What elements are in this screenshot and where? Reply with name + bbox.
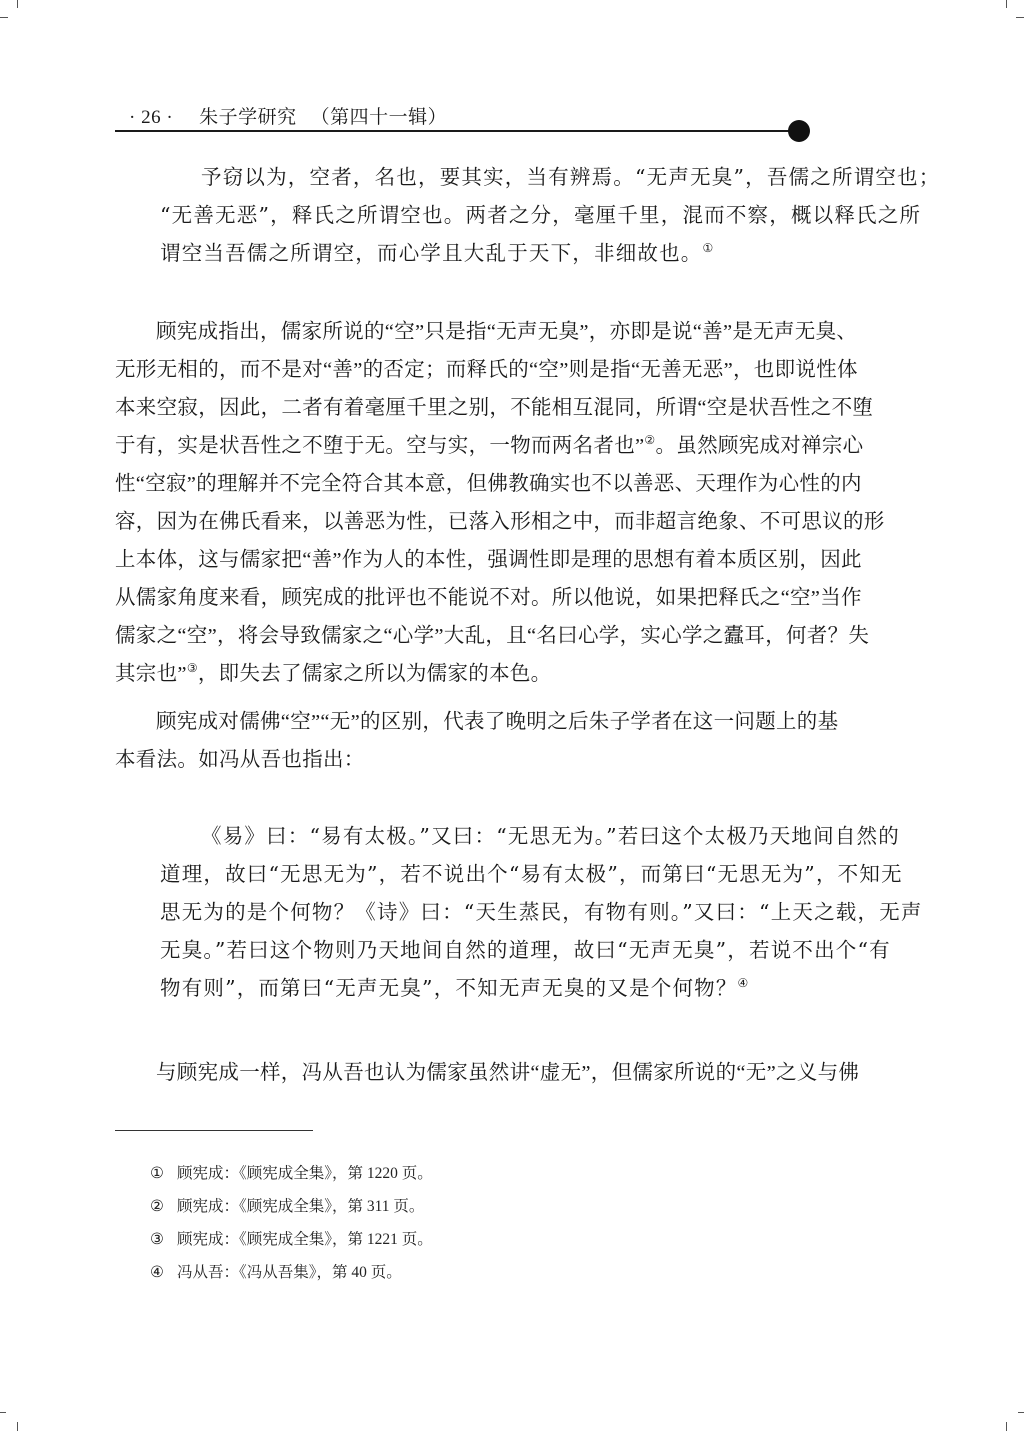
body-line: 于有，实是状吾性之不堕于无。空与实，一物而两名者也”②。虽然顾宪成对禅宗心 bbox=[115, 427, 910, 465]
crop-mark-bl-v bbox=[17, 1422, 18, 1431]
paragraph-2: 顾宪成对儒佛“空”“无”的区别，代表了晚明之后朱子学者在这一问题上的基 本看法。… bbox=[115, 703, 910, 779]
body-line: 容，因为在佛氏看来，以善恶为性，已落入形相之中，而非超言绝象、不可思议的形 bbox=[115, 503, 910, 541]
footnote-mark: ① bbox=[150, 1157, 177, 1190]
footnotes: ①顾宪成：《顾宪成全集》，第 1220 页。 ②顾宪成：《顾宪成全集》，第 31… bbox=[150, 1157, 433, 1289]
header-rule bbox=[115, 130, 793, 132]
footnote-mark: ② bbox=[150, 1190, 177, 1223]
body-line: 其宗也”③，即失去了儒家之所以为儒家的本色。 bbox=[115, 655, 910, 693]
body-line: 与顾宪成一样，冯从吾也认为儒家虽然讲“虚无”，但儒家所说的“无”之义与佛 bbox=[115, 1054, 910, 1092]
body-line: 本来空寂，因此，二者有着毫厘千里之别，不能相互混同，所谓“空是状吾性之不堕 bbox=[115, 389, 910, 427]
journal-title: 朱子学研究 bbox=[199, 107, 297, 128]
footnote-ref-2[interactable]: ② bbox=[644, 433, 655, 447]
body-line: 顾宪成指出，儒家所说的“空”只是指“无声无臭”，亦即是说“善”是无声无臭、 bbox=[115, 313, 910, 351]
body-line-text: 其宗也” bbox=[115, 663, 187, 685]
footnote-mark: ④ bbox=[150, 1256, 177, 1289]
body-line: 无形无相的，而不是对“善”的否定；而释氏的“空”则是指“无善无恶”，也即说性体 bbox=[115, 351, 910, 389]
footnote-mark: ③ bbox=[150, 1223, 177, 1256]
footnote-ref-1[interactable]: ① bbox=[703, 241, 715, 255]
footnote-item: ①顾宪成：《顾宪成全集》，第 1220 页。 bbox=[150, 1157, 433, 1190]
crop-mark-br-v bbox=[1006, 1422, 1007, 1431]
footnote-rule bbox=[115, 1130, 313, 1131]
crop-mark-bl-h bbox=[0, 1412, 6, 1413]
body-line: 顾宪成对儒佛“空”“无”的区别，代表了晚明之后朱子学者在这一问题上的基 bbox=[115, 703, 910, 741]
footnote-ref-3[interactable]: ③ bbox=[187, 661, 198, 675]
quote-line: 道理，故曰“无思无为”，若不说出个“易有太极”，而第曰“无思无为”，不知无 bbox=[160, 855, 910, 893]
body-line: 儒家之“空”，将会导致儒家之“心学”大乱，且“名曰心学，实心学之蠹耳，何者？失 bbox=[115, 617, 910, 655]
body-line-tail: ，即失去了儒家之所以为儒家的本色。 bbox=[198, 663, 552, 685]
crop-mark-tr-v bbox=[1006, 0, 1007, 8]
quote-line-text: 物有则”，而第曰“无声无臭”，不知无声无臭的又是个何物？ bbox=[160, 976, 738, 1000]
body-line: 本看法。如冯从吾也指出： bbox=[115, 741, 910, 779]
body-line: 上本体，这与儒家把“善”作为人的本性，强调性即是理的思想有着本质区别，因此 bbox=[115, 541, 910, 579]
body-line: 性“空寂”的理解并不完全符合其本意，但佛教确实也不以善恶、天理作为心性的内 bbox=[115, 465, 910, 503]
footnote-item: ②顾宪成：《顾宪成全集》，第 311 页。 bbox=[150, 1190, 433, 1223]
footnote-text: 顾宪成：《顾宪成全集》，第 311 页。 bbox=[177, 1198, 424, 1215]
footnote-item: ④冯从吾：《冯从吾集》，第 40 页。 bbox=[150, 1256, 433, 1289]
body-line-tail: 。虽然顾宪成对禅宗心 bbox=[655, 435, 863, 457]
header-text: · 26 ·朱子学研究（第四十一辑） bbox=[129, 102, 447, 129]
quote-line: 《易》曰：“易有太极。”又曰：“无思无为。”若曰这个太极乃天地间自然的 bbox=[160, 817, 910, 855]
running-header: · 26 ·朱子学研究（第四十一辑） bbox=[115, 100, 815, 140]
footnote-ref-4[interactable]: ④ bbox=[738, 976, 750, 990]
block-quote-2: 《易》曰：“易有太极。”又曰：“无思无为。”若曰这个太极乃天地间自然的 道理，故… bbox=[160, 817, 910, 1007]
quote-line: 物有则”，而第曰“无声无臭”，不知无声无臭的又是个何物？④ bbox=[160, 969, 910, 1007]
quote-line: 无臭。”若曰这个物则乃天地间自然的道理，故曰“无声无臭”，若说不出个“有 bbox=[160, 931, 910, 969]
crop-mark-br-h bbox=[1018, 1412, 1024, 1413]
footnote-text: 冯从吾：《冯从吾集》，第 40 页。 bbox=[177, 1264, 402, 1281]
paragraph-1: 顾宪成指出，儒家所说的“空”只是指“无声无臭”，亦即是说“善”是无声无臭、 无形… bbox=[115, 313, 910, 693]
footnote-item: ③顾宪成：《顾宪成全集》，第 1221 页。 bbox=[150, 1223, 433, 1256]
footnote-text: 顾宪成：《顾宪成全集》，第 1220 页。 bbox=[177, 1165, 433, 1182]
quote-line: 谓空当吾儒之所谓空，而心学且大乱于天下，非细故也。① bbox=[160, 234, 910, 272]
block-quote-1: 予窃以为，空者，名也，要其实，当有辨焉。“无声无臭”，吾儒之所谓空也； “无善无… bbox=[160, 158, 910, 272]
body-line-text: 于有，实是状吾性之不堕于无。空与实，一物而两名者也” bbox=[115, 435, 644, 457]
quote-line: 思无为的是个何物？《诗》曰：“天生蒸民，有物有则。”又曰：“上天之载，无声 bbox=[160, 893, 910, 931]
crop-mark-tl-h bbox=[0, 17, 8, 18]
header-dot-ornament bbox=[788, 120, 810, 142]
volume-label: （第四十一辑） bbox=[311, 107, 448, 128]
paragraph-3: 与顾宪成一样，冯从吾也认为儒家虽然讲“虚无”，但儒家所说的“无”之义与佛 bbox=[115, 1054, 910, 1092]
page-number: · 26 · bbox=[129, 107, 173, 128]
crop-mark-tr-h bbox=[1016, 17, 1024, 18]
quote-line: 予窃以为，空者，名也，要其实，当有辨焉。“无声无臭”，吾儒之所谓空也； bbox=[160, 158, 910, 196]
body-line: 从儒家角度来看，顾宪成的批评也不能说不对。所以他说，如果把释氏之“空”当作 bbox=[115, 579, 910, 617]
footnote-text: 顾宪成：《顾宪成全集》，第 1221 页。 bbox=[177, 1231, 433, 1248]
quote-line: “无善无恶”，释氏之所谓空也。两者之分，毫厘千里，混而不察，概以释氏之所 bbox=[160, 196, 910, 234]
crop-mark-tl-v bbox=[17, 0, 18, 8]
quote-line-text: 谓空当吾儒之所谓空，而心学且大乱于天下，非细故也。 bbox=[160, 241, 703, 265]
